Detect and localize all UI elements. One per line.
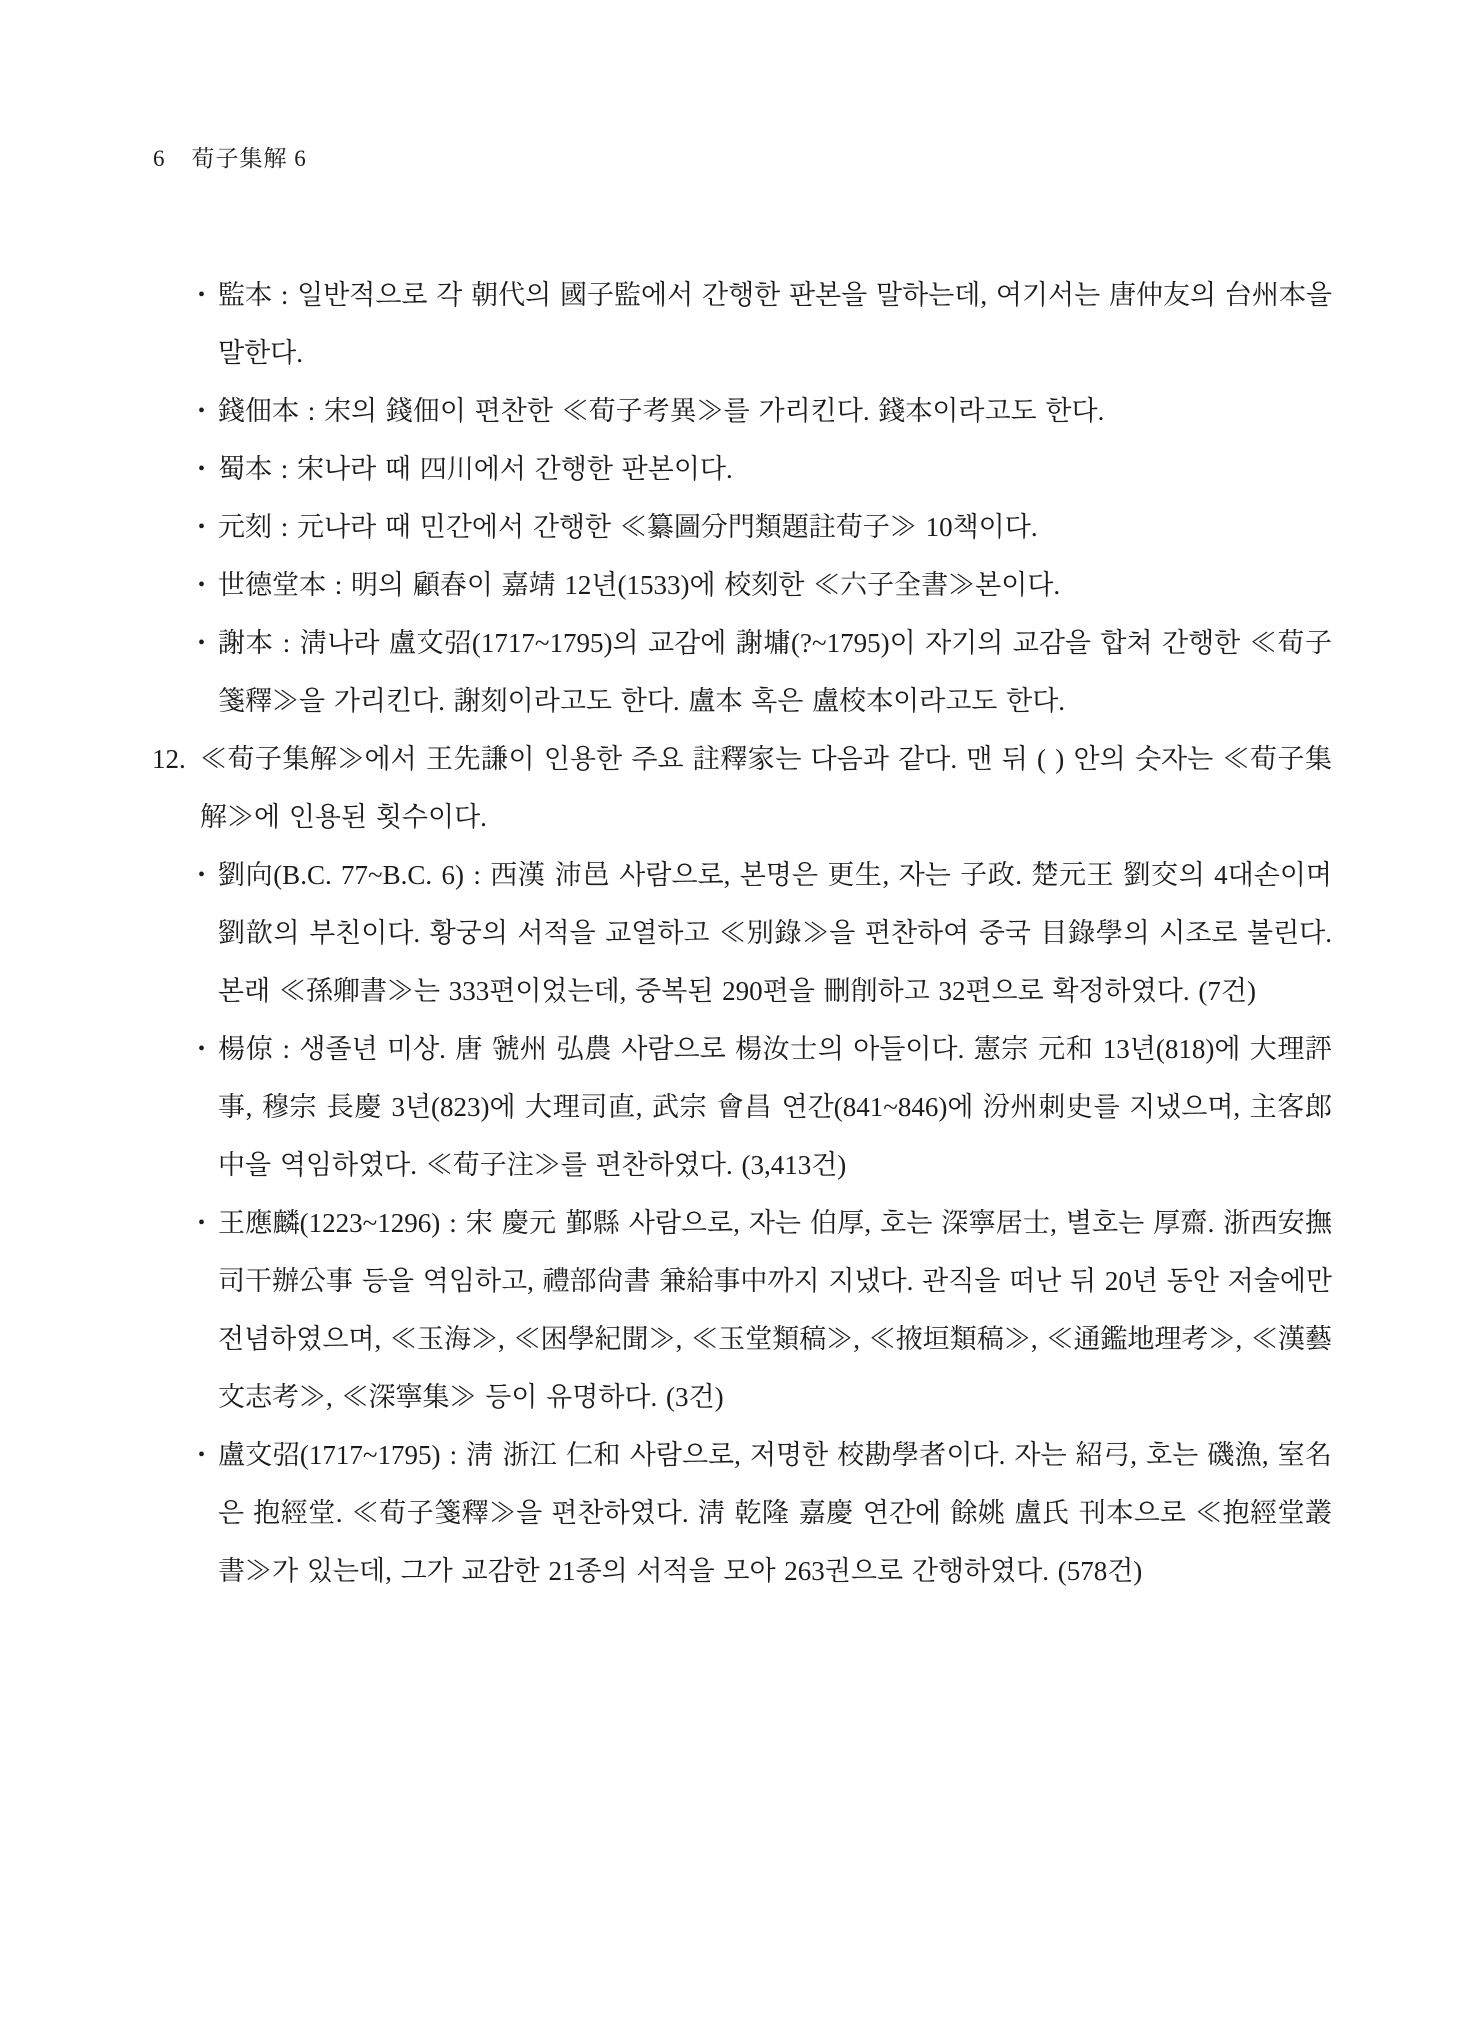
item-12-text: ≪荀子集解≫에서 王先謙이 인용한 주요 註釋家는 다음과 같다. 맨 뒤 ( … — [200, 744, 1332, 832]
colon-separator: : — [326, 570, 351, 600]
page-number: 6 — [153, 146, 166, 171]
bullet-icon: • — [198, 440, 205, 498]
term: 世德堂本 — [218, 570, 326, 600]
definition: 일반적으로 각 朝代의 國子監에서 간행한 판본을 말하는데, 여기서는 唐仲友… — [218, 280, 1332, 368]
term: 錢佃本 — [218, 396, 299, 426]
term: 監本 — [218, 280, 272, 310]
colon-separator: : — [273, 628, 299, 658]
annotator-name: 盧文弨(1717~1795) — [218, 1440, 441, 1470]
annotator-item-yangjing: •楊倞 : 생졸년 미상. 唐 虢州 弘農 사람으로 楊汝士의 아들이다. 憲宗… — [152, 1020, 1332, 1194]
colon-separator: : — [272, 512, 297, 542]
colon-separator: : — [272, 454, 297, 484]
glossary-item-wongak: •元刻 : 元나라 때 민간에서 간행한 ≪纂圖分門類題註荀子≫ 10책이다. — [152, 498, 1332, 556]
item-12: 12.≪荀子集解≫에서 王先謙이 인용한 주요 註釋家는 다음과 같다. 맨 뒤… — [152, 730, 1332, 846]
annotator-list: •劉向(B.C. 77~B.C. 6) : 西漢 沛邑 사람으로, 본명은 更生… — [152, 846, 1332, 1600]
annotator-item-luwenchao: •盧文弨(1717~1795) : 淸 浙江 仁和 사람으로, 저명한 校勘學者… — [152, 1426, 1332, 1600]
definition: 元나라 때 민간에서 간행한 ≪纂圖分門類題註荀子≫ 10책이다. — [297, 512, 1038, 542]
glossary-item-ganbon: •監本 : 일반적으로 각 朝代의 國子監에서 간행한 판본을 말하는데, 여기… — [152, 266, 1332, 382]
document-page: 6荀子集解 6 •監本 : 일반적으로 각 朝代의 國子監에서 간행한 판본을 … — [0, 0, 1480, 2024]
term: 元刻 — [218, 512, 272, 542]
colon-separator: : — [299, 396, 324, 426]
definition: 淸나라 盧文弨(1717~1795)의 교감에 謝墉(?~1795)이 자기의 … — [218, 628, 1332, 716]
annotator-description: 宋 慶元 鄞縣 사람으로, 자는 伯厚, 호는 深寧居士, 별호는 厚齋. 浙西… — [218, 1208, 1332, 1412]
bullet-icon: • — [198, 1020, 205, 1078]
glossary-item-jeonjeonbon: •錢佃本 : 宋의 錢佃이 편찬한 ≪荀子考異≫를 가리킨다. 錢本이라고도 한… — [152, 382, 1332, 440]
bullet-icon: • — [198, 266, 205, 324]
definition: 明의 顧春이 嘉靖 12년(1533)에 校刻한 ≪六子全書≫본이다. — [351, 570, 1060, 600]
annotator-description: 생졸년 미상. 唐 虢州 弘農 사람으로 楊汝士의 아들이다. 憲宗 元和 13… — [218, 1034, 1332, 1180]
colon-separator: : — [440, 1208, 465, 1238]
colon-separator: : — [464, 860, 490, 890]
colon-separator: : — [273, 1034, 299, 1064]
annotator-name: 劉向(B.C. 77~B.C. 6) — [218, 860, 464, 890]
running-head: 6荀子集解 6 — [153, 140, 307, 173]
bullet-icon: • — [198, 846, 205, 904]
glossary-item-sabon: •謝本 : 淸나라 盧文弨(1717~1795)의 교감에 謝墉(?~1795)… — [152, 614, 1332, 730]
glossary-item-sedeokdangbon: •世德堂本 : 明의 顧春이 嘉靖 12년(1533)에 校刻한 ≪六子全書≫본… — [152, 556, 1332, 614]
page-content: •監本 : 일반적으로 각 朝代의 國子監에서 간행한 판본을 말하는데, 여기… — [152, 266, 1332, 1600]
item-12-number: 12. — [152, 730, 186, 788]
bullet-icon: • — [198, 556, 205, 614]
bullet-icon: • — [198, 498, 205, 556]
definition: 宋나라 때 四川에서 간행한 판본이다. — [297, 454, 733, 484]
definition: 宋의 錢佃이 편찬한 ≪荀子考異≫를 가리킨다. 錢本이라고도 한다. — [324, 396, 1104, 426]
colon-separator: : — [272, 280, 297, 310]
annotator-name: 楊倞 — [218, 1034, 273, 1064]
term: 謝本 — [218, 628, 273, 658]
bullet-icon: • — [198, 382, 205, 440]
edition-notes-list: •監本 : 일반적으로 각 朝代의 國子監에서 간행한 판본을 말하는데, 여기… — [152, 266, 1332, 730]
bullet-icon: • — [198, 614, 205, 672]
annotator-item-wangyinglin: •王應麟(1223~1296) : 宋 慶元 鄞縣 사람으로, 자는 伯厚, 호… — [152, 1194, 1332, 1426]
annotator-name: 王應麟(1223~1296) — [218, 1208, 440, 1238]
glossary-item-chokbon: •蜀本 : 宋나라 때 四川에서 간행한 판본이다. — [152, 440, 1332, 498]
bullet-icon: • — [198, 1426, 205, 1484]
term: 蜀本 — [218, 454, 272, 484]
colon-separator: : — [441, 1440, 467, 1470]
annotator-item-liuxiang: •劉向(B.C. 77~B.C. 6) : 西漢 沛邑 사람으로, 본명은 更生… — [152, 846, 1332, 1020]
running-title: 荀子集解 6 — [192, 146, 307, 171]
bullet-icon: • — [198, 1194, 205, 1252]
